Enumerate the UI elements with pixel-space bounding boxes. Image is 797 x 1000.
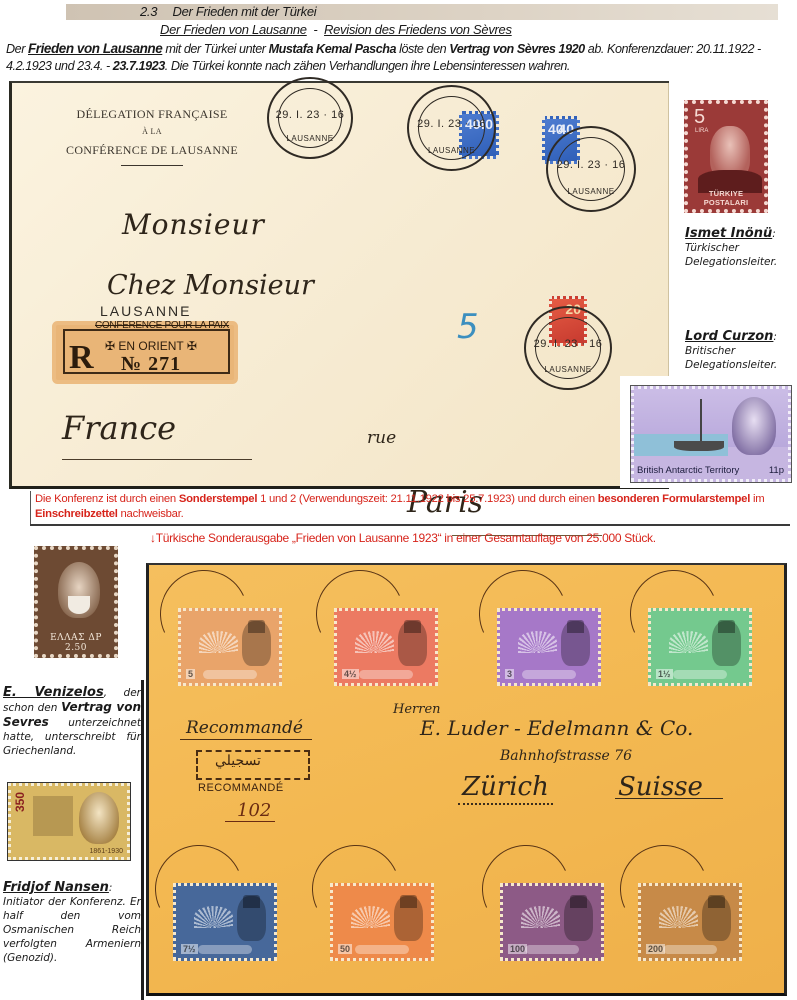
fez	[248, 620, 266, 633]
caption-inonu: Ismet Inönü: Türkischer Delegationsleite…	[685, 227, 793, 269]
postmark: 29. I. 23 · 16 LAUSANNE	[407, 85, 496, 171]
postmark-place: LAUSANNE	[409, 146, 494, 155]
intro-text: Der	[6, 42, 28, 56]
lausanne-peace-stamp: 4½	[334, 608, 438, 686]
postmark-note: Die Konferenz ist durch einen Sonderstem…	[30, 492, 790, 522]
address-city: Zürich	[462, 772, 549, 802]
section-title: Der Frieden mit der Türkei	[172, 4, 316, 19]
stamp-caption: British Antarctic Territory	[637, 465, 739, 476]
letterhead-ornament	[121, 165, 183, 166]
sunburst	[521, 906, 560, 928]
stamp-inscription-band	[663, 945, 718, 954]
intro-bold: Mustafa Kemal Pascha	[269, 42, 397, 56]
stamp-value: 100	[508, 944, 527, 954]
registration-number: № 271	[121, 353, 181, 376]
postmark-place: LAUSANNE	[269, 134, 351, 143]
fez	[570, 895, 588, 908]
postmark-date: 29. I. 23 · 16	[526, 338, 610, 350]
stamp-inscription-band	[673, 670, 728, 679]
fez	[243, 895, 261, 908]
blue-pencil-mark: 5	[457, 307, 479, 347]
lausanne-peace-stamp: 100	[500, 883, 604, 961]
lausanne-cover-envelope: DÉLEGATION FRANÇAISE À LA CONFÉRENCE DE …	[9, 81, 669, 489]
stamp-inscription-band	[203, 670, 258, 679]
stamp-value: 11p	[769, 465, 784, 476]
sunburst	[351, 906, 390, 928]
person-name: Lord Curzon	[685, 329, 773, 344]
underline	[458, 803, 553, 805]
caption-curzon: Lord Curzon: Britischer Delegationsleite…	[685, 330, 793, 372]
stamp-inscription-band	[359, 670, 414, 679]
caption-venizelos: E. Venizelos, der schon den Vertrag von …	[3, 686, 141, 758]
address-street: rue	[367, 428, 396, 448]
curzon-stamp: British Antarctic Territory 11p	[631, 386, 791, 482]
divider	[141, 680, 144, 1000]
note-bold: Einschreibzettel	[35, 508, 118, 520]
subtitle-separator: -	[313, 22, 317, 37]
postmark: 29. I. 23 · 16 LAUSANNE	[546, 126, 636, 212]
person-description: Britischer Delegationsleiter.	[685, 345, 777, 371]
person-description: Türkischer Delegationsleiter.	[685, 242, 777, 268]
registered-arabic: تسجيلي	[215, 752, 261, 769]
intro-text: löste den	[396, 42, 449, 56]
printed-origin: LAUSANNE	[100, 303, 191, 319]
person-description: Initiator der Konferenz. Er half den vom…	[3, 896, 141, 964]
sunburst	[518, 631, 557, 653]
note-text: nachweisbar.	[118, 508, 184, 520]
address-line: Monsieur	[122, 208, 265, 241]
inonu-stamp: 5 LIRA TÜRKIYE POSTALARI	[684, 100, 768, 213]
stamp-years: 1861-1930	[90, 848, 123, 855]
registration-label: R CONFERENCE POUR LA PAIX ✠ EN ORIENT ✠ …	[56, 325, 234, 380]
intro-bold: 23.7.1923	[113, 59, 165, 73]
lausanne-peace-stamp: 7½	[173, 883, 277, 961]
note-bold: Sonderstempel	[179, 493, 257, 505]
postmark-date: 29. I. 23 · 16	[269, 109, 351, 121]
fez	[400, 895, 418, 908]
address-salutation: Herren	[393, 702, 441, 717]
stamp-inscription-band	[355, 945, 410, 954]
underline	[62, 459, 252, 460]
fez	[567, 620, 585, 633]
sunburst	[199, 631, 238, 653]
venizelos-stamp: ΕΛΛΑΣ ΔΡ 2.50	[34, 546, 118, 658]
stamp-value: 50	[338, 944, 352, 954]
letterhead: DÉLEGATION FRANÇAISE À LA CONFÉRENCE DE …	[62, 105, 242, 166]
registered-handwritten: Recommandé	[186, 718, 303, 738]
stamp-value: 5	[694, 106, 705, 129]
person-name: Fridjof Nansen	[3, 880, 109, 895]
intro-bold: Vertrag von Sèvres 1920	[449, 42, 585, 56]
nansen-stamp: 350 1861-1930	[8, 783, 130, 860]
stamp-crowd	[33, 796, 73, 836]
address-line: E. Luder - Edelmann & Co.	[420, 716, 693, 740]
stamp-caption: TÜRKIYE POSTALARI	[688, 189, 764, 207]
address-line: Chez Monsieur	[107, 270, 314, 301]
sunburst	[669, 631, 708, 653]
fez	[718, 620, 736, 633]
subtitle-left: Der Frieden von Lausanne	[160, 22, 307, 37]
stamp-inscription-band	[522, 670, 577, 679]
stamp-value: 5	[186, 669, 195, 679]
postmark-place: LAUSANNE	[548, 187, 634, 196]
note-text: Die Konferenz ist durch einen	[35, 493, 179, 505]
fez	[708, 895, 726, 908]
divider	[30, 524, 790, 526]
person-name: Ismet Inönü	[685, 226, 772, 241]
stamp-value: 3	[505, 669, 514, 679]
address-country: France	[62, 409, 176, 447]
intro-paragraph: Der Frieden von Lausanne mit der Türkei …	[6, 40, 792, 75]
portrait-beard	[68, 596, 90, 614]
boat	[674, 441, 724, 451]
underline	[180, 739, 312, 740]
note-text: im	[750, 493, 764, 505]
stamp-inscription-band	[525, 945, 580, 954]
issue-note: ↓Türkische Sonderausgabe „Frieden von La…	[150, 531, 656, 545]
portrait-nansen	[79, 792, 119, 844]
registration-frame: R CONFERENCE POUR LA PAIX ✠ EN ORIENT ✠ …	[63, 329, 230, 374]
postmark-date: 29. I. 23 · 16	[548, 159, 634, 171]
registration-letter: R	[69, 339, 94, 377]
lausanne-peace-stamp: 3	[497, 608, 601, 686]
subtitle-right: Revision des Friedens von Sèvres	[324, 22, 512, 37]
postmark-date: 29. I. 23 · 16	[409, 118, 494, 130]
section-number: 2.3	[140, 4, 157, 19]
stamp-value: 7½	[181, 944, 198, 954]
note-bold: besonderen Formularstempel	[598, 493, 750, 505]
registration-middle-line: ✠ EN ORIENT ✠	[105, 339, 197, 353]
lausanne-peace-stamp: 1½	[648, 608, 752, 686]
registration-top-line: CONFERENCE POUR LA PAIX	[95, 320, 255, 331]
stamp-value: 1½	[656, 669, 673, 679]
sunburst	[355, 631, 394, 653]
intro-text: . Die Türkei konnte nach zähen Verhandlu…	[165, 59, 570, 73]
sunburst	[194, 906, 233, 928]
intro-text: mit der Türkei unter	[162, 42, 268, 56]
underline	[225, 821, 275, 822]
fez	[404, 620, 422, 633]
address-line: Bahnhofstrasse 76	[500, 748, 632, 764]
stamp-value: 200	[646, 944, 665, 954]
postmark: 29. I. 23 · 16 LAUSANNE	[267, 77, 353, 159]
page-subtitle: Der Frieden von Lausanne - Revision des …	[160, 22, 512, 37]
lausanne-peace-stamp: 50	[330, 883, 434, 961]
lausanne-peace-stamp: 200	[638, 883, 742, 961]
letterhead-line: DÉLEGATION FRANÇAISE	[62, 105, 242, 123]
registered-print: RECOMMANDÉ	[198, 782, 284, 794]
stamp-unit: LIRA	[695, 128, 708, 134]
boat-mast	[700, 399, 702, 443]
stamp-value: 350	[13, 792, 27, 812]
person-name: E. Venizelos	[3, 685, 104, 700]
registered-number: 102	[237, 800, 271, 821]
intro-bold: Frieden von Lausanne	[28, 41, 162, 56]
stamp-caption: ΕΛΛΑΣ ΔΡ 2.50	[38, 633, 114, 653]
stamp-value: 4½	[342, 669, 359, 679]
lausanne-peace-stamp: 5	[178, 608, 282, 686]
letterhead-line: À LA	[62, 123, 242, 141]
portrait-curzon	[732, 397, 776, 455]
postmark: 29. I. 23 · 16 LAUSANNE	[524, 306, 612, 390]
note-text: 1 und 2 (Verwendungszeit: 21.11.1922 bis…	[257, 493, 598, 505]
section-heading: 2.3 Der Frieden mit der Türkei	[140, 4, 316, 19]
stamp-inscription-band	[198, 945, 253, 954]
letterhead-line: CONFÉRENCE DE LAUSANNE	[62, 141, 242, 159]
postmark-place: LAUSANNE	[526, 365, 610, 374]
underline	[615, 798, 723, 799]
caption-nansen: Fridjof Nansen: Initiator der Konferenz.…	[3, 881, 141, 965]
sunburst	[659, 906, 698, 928]
